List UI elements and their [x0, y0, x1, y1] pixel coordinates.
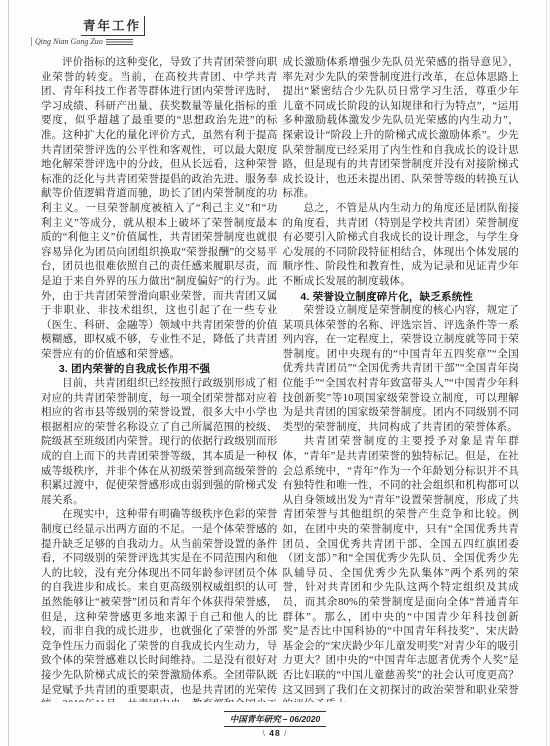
- page-number-row: \ 48 /: [0, 728, 550, 738]
- page-number-left-mark: \: [263, 728, 266, 738]
- section-title: 青年工作: [81, 16, 145, 36]
- scan-edge-line-right: [546, 0, 547, 746]
- section-heading-3: 3. 团内荣誉的自我成长作用不强: [41, 362, 278, 377]
- decorative-lines: [106, 39, 133, 45]
- paragraph: 评价指标的这种变化，导致了共青团荣誉向职业荣誉的转变。当前，在高校共青团、中学共…: [41, 56, 278, 362]
- journal-page: 青年工作 Qing Nian Gong Zuo 评价指标的这种变化，导致了共青团…: [0, 0, 550, 746]
- left-column: 评价指标的这种变化，导致了共青团荣誉向职业荣誉的转变。当前，在高校共青团、中学共…: [41, 56, 278, 702]
- section-title-pinyin: Qing Nian Gong Zuo: [35, 37, 103, 46]
- journal-issue-separator: –: [281, 714, 290, 724]
- paragraph: 在现实中，这种带有明确等级秩序色彩的荣誉制度已经显示出两方面的不足。一是个体荣誉…: [41, 508, 278, 702]
- page-number-right-mark: /: [284, 728, 287, 738]
- page-footer: 中国青年研究–06/2020 \ 48 /: [0, 709, 550, 738]
- paragraph: 共青团荣誉制度的主要授予对象是青年群体，“青年”是共青团荣誉的独特标记。但是，在…: [283, 435, 520, 702]
- paragraph: 目前，共青团组织已经按照行政级别形成了相对应的共青团荣誉制度，每一项全团荣誉都对…: [41, 377, 278, 508]
- page-number: 48: [269, 728, 280, 738]
- paragraph-continuation: 成长激励体系增强少先队员光荣感的指导意见》，率先对少先队的荣誉制度进行改革，在总…: [283, 56, 520, 202]
- right-column: 成长激励体系增强少先队员光荣感的指导意见》，率先对少先队的荣誉制度进行改革，在总…: [283, 56, 520, 702]
- running-head: 青年工作 Qing Nian Gong Zuo: [31, 16, 151, 46]
- article-body: 评价指标的这种变化，导致了共青团荣誉向职业荣誉的转变。当前，在高校共青团、中学共…: [41, 56, 519, 702]
- issue-number: 06/2020: [290, 714, 321, 724]
- journal-name: 中国青年研究: [230, 714, 281, 724]
- paragraph: 荣誉设立制度是荣誉制度的核心内容，规定了某项具体荣誉的名称、评选宗旨、评选条件等…: [283, 304, 520, 435]
- scan-edge-line-left: [8, 0, 9, 746]
- paragraph: 总之，不管是从内生动力的角度还是团队衔接的角度看，共青团（特别是学校共青团）荣誉…: [283, 202, 520, 290]
- section-heading-4: 4. 荣誉设立制度碎片化，缺乏系统性: [283, 290, 520, 305]
- section-title-pinyin-row: Qing Nian Gong Zuo: [31, 37, 151, 46]
- journal-issue-line: 中国青年研究–06/2020: [224, 711, 326, 727]
